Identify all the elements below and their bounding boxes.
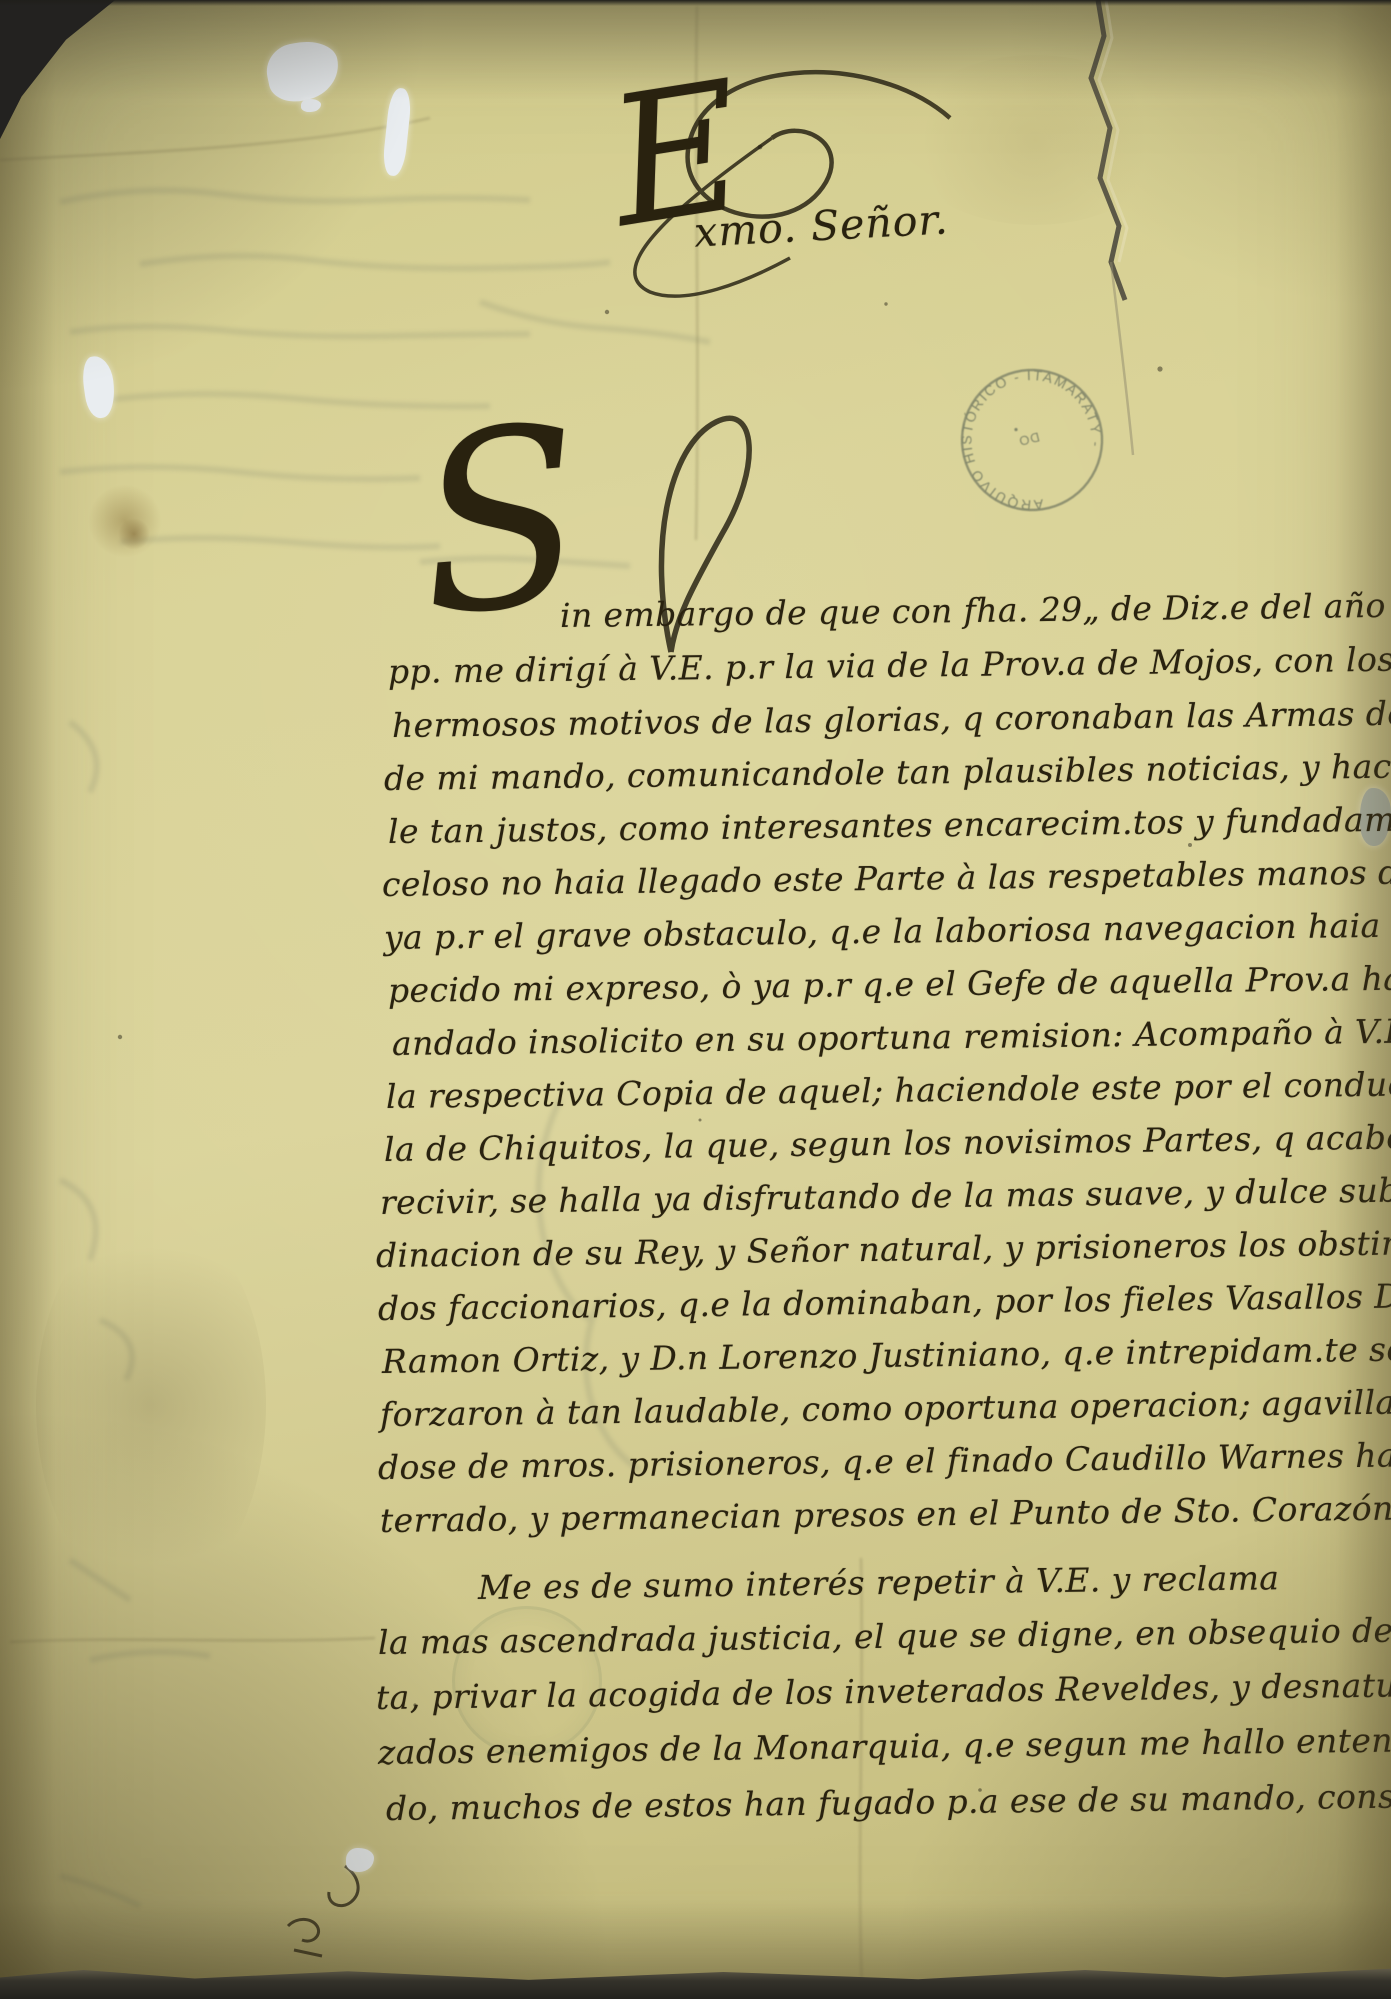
page-edge-top (0, 0, 1391, 6)
stamp-dot (1014, 428, 1018, 432)
manuscript-photo: ARQUIVO HISTÓRICO - ITAMARATY - DO E xmo… (0, 0, 1391, 1999)
stamp-center-text: DO (1017, 429, 1041, 449)
